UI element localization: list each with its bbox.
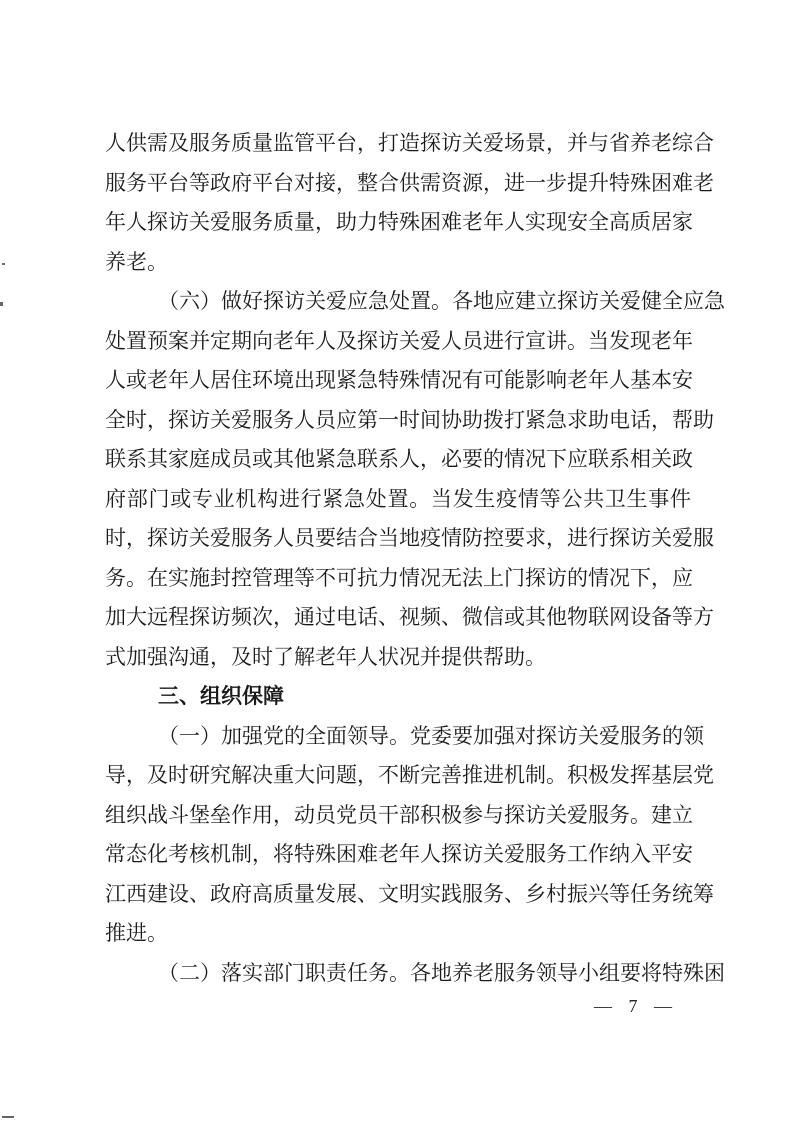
- page-number: — 7 —: [594, 996, 678, 1017]
- paragraph-lead-line: （二）落实部门职责任务。各地养老服务领导小组要将特殊困: [105, 954, 691, 994]
- paragraph-lead-line: （一）加强党的全面领导。党委要加强对探访关爱服务的领: [105, 717, 691, 757]
- text-line: 联系其家庭成员或其他紧急联系人，必要的情况下应联系相关政: [105, 440, 691, 480]
- document-page: 人供需及服务质量监管平台，打造探访关爱场景，并与省养老综合 服务平台等政府平台对…: [0, 0, 793, 1122]
- text-line: 加大远程探访频次，通过电话、视频、微信或其他物联网设备等方: [105, 598, 691, 638]
- text-line: 人供需及服务质量监管平台，打造探访关爱场景，并与省养老综合: [105, 124, 691, 164]
- text-line: 养老。: [105, 243, 691, 283]
- text-line: 江西建设、政府高质量发展、文明实践服务、乡村振兴等任务统筹: [105, 875, 691, 915]
- scan-edge-mark: [0, 302, 3, 306]
- body-text: 人供需及服务质量监管平台，打造探访关爱场景，并与省养老综合 服务平台等政府平台对…: [105, 124, 691, 993]
- text-line: 推进。: [105, 914, 691, 954]
- text-line: 年人探访关爱服务质量，助力特殊困难老年人实现安全高质居家: [105, 203, 691, 243]
- paragraph-lead-line: （六）做好探访关爱应急处置。各地应建立探访关爱健全应急: [105, 282, 691, 322]
- text-line: 人或老年人居住环境出现紧急特殊情况有可能影响老年人基本安: [105, 361, 691, 401]
- text-line: 府部门或专业机构进行紧急处置。当发生疫情等公共卫生事件: [105, 480, 691, 520]
- text-line: 常态化考核机制，将特殊困难老年人探访关爱服务工作纳入平安: [105, 835, 691, 875]
- scan-edge-mark: [2, 263, 5, 265]
- text-line: 处置预案并定期向老年人及探访关爱人员进行宣讲。当发现老年: [105, 322, 691, 362]
- text-line: 服务平台等政府平台对接，整合供需资源，进一步提升特殊困难老: [105, 164, 691, 204]
- text-line: 组织战斗堡垒作用，动员党员干部积极参与探访关爱服务。建立: [105, 796, 691, 836]
- text-line: 导，及时研究解决重大问题，不断完善推进机制。积极发挥基层党: [105, 756, 691, 796]
- text-line: 式加强沟通，及时了解老年人状况并提供帮助。: [105, 638, 691, 678]
- text-line: 时，探访关爱服务人员要结合当地疫情防控要求，进行探访关爱服: [105, 519, 691, 559]
- text-line: 务。在实施封控管理等不可抗力情况无法上门探访的情况下，应: [105, 559, 691, 599]
- text-line: 全时，探访关爱服务人员应第一时间协助拨打紧急求助电话，帮助: [105, 401, 691, 441]
- scan-edge-mark: [2, 1116, 14, 1118]
- section-heading: 三、组织保障: [105, 677, 691, 717]
